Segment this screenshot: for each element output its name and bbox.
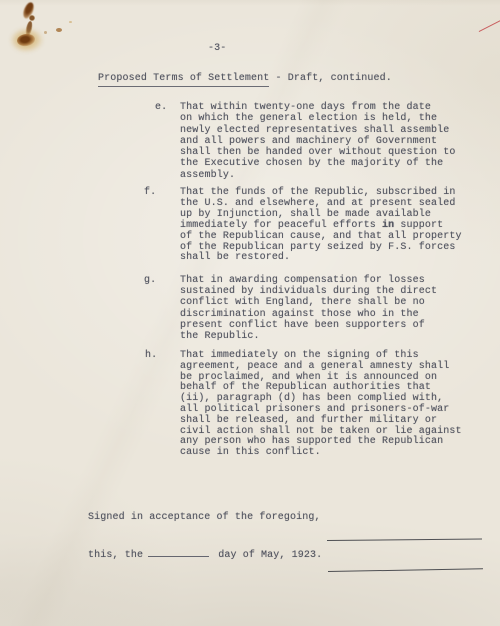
signature-text-line2: this, the day of May, 1923. xyxy=(88,547,322,562)
item-label: h. xyxy=(145,351,157,362)
red-pencil-mark xyxy=(479,19,500,32)
bold-word: in xyxy=(382,220,394,231)
signature-rule xyxy=(327,539,482,541)
item-label: e. xyxy=(155,102,167,113)
item-text: That the funds of the Republic, subscrib… xyxy=(180,188,490,221)
bold-line-post: support xyxy=(394,220,443,231)
signature-block: Signed in acceptance of the foregoing, t… xyxy=(88,488,322,585)
item-text: of the Republican cause, and that all pr… xyxy=(180,232,490,265)
signature-line2-post: day of May, 1923. xyxy=(212,550,322,561)
item-text: That immediately on the signing of this … xyxy=(180,351,490,459)
item-text: That within twenty-one days from the dat… xyxy=(180,102,490,181)
document-title: Proposed Terms of Settlement - Draft, co… xyxy=(98,73,392,84)
date-blank-underline xyxy=(148,547,209,557)
document-title-underlined: Proposed Terms of Settlement xyxy=(98,73,269,87)
signature-text-line1: Signed in acceptance of the foregoing, xyxy=(88,512,322,524)
signature-rule xyxy=(328,568,483,572)
page-number: -3- xyxy=(208,43,226,54)
ink-stain-speck xyxy=(44,31,47,34)
item-label: f. xyxy=(144,188,156,199)
signature-line2-pre: this, the xyxy=(88,550,143,561)
document-page: -3- Proposed Terms of Settlement - Draft… xyxy=(0,0,500,626)
ink-stain xyxy=(0,0,110,70)
bold-line-pre: immediately for peaceful efforts xyxy=(180,220,382,231)
document-title-suffix: - Draft, continued. xyxy=(269,73,391,84)
item-label: g. xyxy=(144,275,156,286)
item-text: That in awarding compensation for losses… xyxy=(180,275,490,342)
item-text-bold-line: immediately for peaceful efforts in supp… xyxy=(180,221,490,232)
ink-stain-speck xyxy=(56,28,62,32)
ink-stain-speck xyxy=(69,21,72,23)
